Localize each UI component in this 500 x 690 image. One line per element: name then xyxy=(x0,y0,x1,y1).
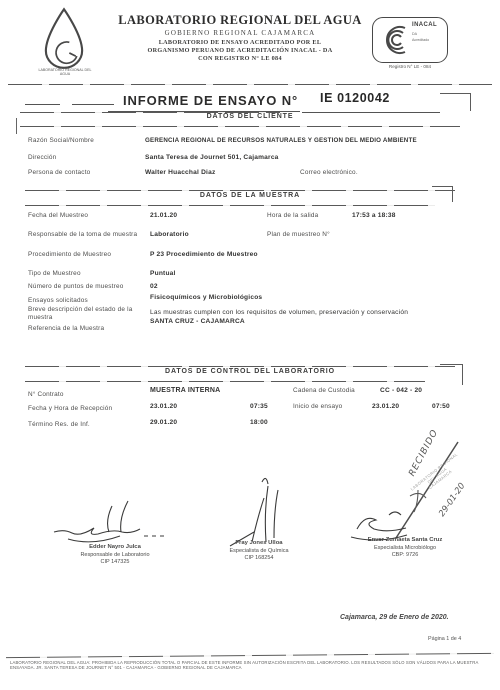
sample-row-tests: Ensayos solicitados Fisicoquímicos y Mic… xyxy=(0,294,500,306)
title-dash-left xyxy=(25,104,60,105)
page-number: Página 1 de 4 xyxy=(428,636,461,642)
sample-row-type: Tipo de Muestreo Puntual xyxy=(0,270,500,282)
client-name-label: Razón Social/Nombre xyxy=(28,137,94,144)
client-contact-label: Persona de contacto xyxy=(28,169,90,176)
test-start-date: 23.01.20 xyxy=(372,403,399,410)
water-drop-logo-icon xyxy=(32,6,96,70)
client-box-bottom-line xyxy=(20,126,460,127)
client-contact-value: Walter Huacchal Diaz xyxy=(145,169,215,176)
test-start-time: 07:50 xyxy=(432,403,450,410)
title-corner-bracket xyxy=(440,93,471,111)
signer-1-role: Responsable de Laboratorio xyxy=(45,552,185,559)
reception-label: Fecha y Hora de Recepción xyxy=(28,405,112,412)
client-email-label: Correo electrónico. xyxy=(300,169,358,176)
report-title: INFORME DE ENSAYO N° xyxy=(123,93,298,108)
signer-3-role: Especialista Microbiólogo xyxy=(335,545,475,552)
term-label: Término Res. de Inf. xyxy=(28,421,90,428)
sample-type-value: Puntual xyxy=(150,270,176,277)
signer-1-id: CIP 147325 xyxy=(45,559,185,566)
sample-date-label: Fecha del Muestreo xyxy=(28,212,88,219)
term-time: 18:00 xyxy=(250,419,268,426)
sample-responsible-value: Laboratorio xyxy=(150,231,189,238)
client-row-name: Razón Social/Nombre GERENCIA REGIONAL DE… xyxy=(0,137,500,149)
water-drop-logo-caption: LABORATORIO REGIONAL DEL AGUA xyxy=(22,68,108,76)
client-name-value: GERENCIA REGIONAL DE RECURSOS NATURALES … xyxy=(145,137,417,144)
sample-plan-label: Plan de muestreo N° xyxy=(267,231,330,238)
reception-date: 23.01.20 xyxy=(150,403,177,410)
inacal-sub2: Acreditado xyxy=(412,38,429,42)
sample-corner-bracket xyxy=(432,186,453,202)
sample-box-top-line xyxy=(25,190,455,191)
signer-3-name: Enver Zumaeta Santa Cruz xyxy=(335,537,475,545)
client-box-left-edge xyxy=(16,118,17,134)
sample-row-reference: SANTA CRUZ - CAJAMARCA Referencia de la … xyxy=(0,318,500,330)
sample-points-value: 02 xyxy=(150,283,158,290)
sample-reference-value: SANTA CRUZ - CAJAMARCA xyxy=(150,318,245,325)
contract-label: N° Contrato xyxy=(28,391,64,398)
custody-chain-label: Cadena de Custodia xyxy=(293,387,355,394)
org-subtitle: GOBIERNO REGIONAL CAJAMARCA xyxy=(110,29,370,37)
report-number: IE 0120042 xyxy=(320,91,390,105)
sample-tests-label: Ensayos solicitados xyxy=(28,297,88,304)
inacal-sub1: DA xyxy=(412,32,417,36)
sample-tests-value: Fisicoquímicos y Microbiológicos xyxy=(150,294,262,301)
footer-disclaimer-line2: ENSAYADA. JR. SANTA TERESA DE JOURNET N°… xyxy=(10,665,242,670)
test-start-label: Inicio de ensayo xyxy=(293,403,342,410)
signature-block-2: Fray Jones Ulloa Especialista de Química… xyxy=(189,540,329,562)
client-row-contact: Persona de contacto Walter Huacchal Diaz… xyxy=(0,169,500,181)
contract-value: MUESTRA INTERNA xyxy=(150,387,220,394)
reception-time: 07:35 xyxy=(250,403,268,410)
signer-2-role: Especialista de Química xyxy=(189,548,329,555)
sample-condition-value: Las muestras cumplen con los requisitos … xyxy=(150,309,408,316)
control-section-title: DATOS DE CONTROL DEL LABORATORIO xyxy=(0,368,500,375)
sample-box-bottom-line xyxy=(25,205,435,206)
control-corner-bracket xyxy=(440,364,463,385)
signature-scribble-2 xyxy=(222,468,312,548)
sample-time-label: Hora de la salida xyxy=(267,212,318,219)
client-row-address: Dirección Santa Teresa de Journet 501, C… xyxy=(0,154,500,166)
issue-date-line: Cajamarca, 29 de Enero de 2020. xyxy=(340,614,449,621)
org-name: LABORATORIO REGIONAL DEL AGUA xyxy=(110,13,370,28)
signature-scribble-1 xyxy=(48,492,183,548)
sample-date-value: 21.01.20 xyxy=(150,212,177,219)
signature-block-3: Enver Zumaeta Santa Cruz Especialista Mi… xyxy=(335,537,475,559)
sample-responsible-label: Responsable de la toma de muestra xyxy=(28,231,137,238)
client-address-label: Dirección xyxy=(28,154,56,161)
sample-row-responsible: Responsable de la toma de muestra Labora… xyxy=(0,231,500,243)
inacal-arcs-icon xyxy=(377,23,411,57)
client-address-value: Santa Teresa de Journet 501, Cajamarca xyxy=(145,154,279,161)
control-row-contract: N° Contrato MUESTRA INTERNA Cadena de Cu… xyxy=(0,387,500,399)
control-box-bottom-line xyxy=(25,381,425,382)
header-text-block: LABORATORIO REGIONAL DEL AGUA GOBIERNO R… xyxy=(110,13,370,62)
signer-2-name: Fray Jones Ulloa xyxy=(189,540,329,548)
sample-type-label: Tipo de Muestreo xyxy=(28,270,81,277)
drop-caption-line2: AGUA xyxy=(60,72,70,76)
signer-3-id: CBP: 9726 xyxy=(335,552,475,559)
signer-1-name: Edder Nayro Julca xyxy=(45,544,185,552)
header-divider-line xyxy=(8,84,492,85)
signer-2-id: CIP 168254 xyxy=(189,555,329,562)
sample-points-label: Número de puntos de muestreo xyxy=(28,283,123,290)
sample-section-title: DATOS DE LA MUESTRA xyxy=(0,192,500,199)
footer-disclaimer: LABORATORIO REGIONAL DEL AGUA: PROHIBIDA… xyxy=(10,660,492,671)
custody-chain-value: CC - 042 - 20 xyxy=(380,387,422,394)
accreditation-line2: ORGANISMO PERUANO DE ACREDITACIÓN INACAL… xyxy=(148,47,333,54)
accreditation-line3: CON REGISTRO N° LE 084 xyxy=(198,55,282,62)
inacal-label: INACAL xyxy=(412,22,437,28)
sample-reference-label: Referencia de la Muestra xyxy=(28,325,104,332)
signature-scribble-3 xyxy=(345,495,455,543)
signature-block-1: Edder Nayro Julca Responsable de Laborat… xyxy=(45,544,185,566)
control-row-term: Término Res. de Inf. 29.01.20 18:00 xyxy=(0,419,500,431)
control-row-reception: Fecha y Hora de Recepción 23.01.20 07:35… xyxy=(0,403,500,415)
sample-row-procedure: Procedimiento de Muestreo P 23 Procedimi… xyxy=(0,251,500,263)
client-section-title: DATOS DEL CLIENTE xyxy=(0,113,500,120)
control-box-top-line xyxy=(25,366,455,367)
sample-row-date: Fecha del Muestreo 21.01.20 Hora de la s… xyxy=(0,212,500,224)
title-dash-left2 xyxy=(72,104,114,105)
term-date: 29.01.20 xyxy=(150,419,177,426)
sample-time-value: 17:53 a 18:38 xyxy=(352,212,396,219)
footer-divider-line xyxy=(6,653,494,658)
accreditation-line1: LABORATORIO DE ENSAYO ACREDITADO POR EL xyxy=(159,39,322,46)
scanned-report-page: LABORATORIO REGIONAL DEL AGUA LABORATORI… xyxy=(0,0,500,690)
sample-procedure-label: Procedimiento de Muestreo xyxy=(28,251,111,258)
sample-procedure-value: P 23 Procedimiento de Muestreo xyxy=(150,251,258,258)
inacal-registry-number: Registro N° LE - 084 xyxy=(368,64,452,69)
footer-disclaimer-line1: LABORATORIO REGIONAL DEL AGUA: PROHIBIDA… xyxy=(10,660,478,665)
